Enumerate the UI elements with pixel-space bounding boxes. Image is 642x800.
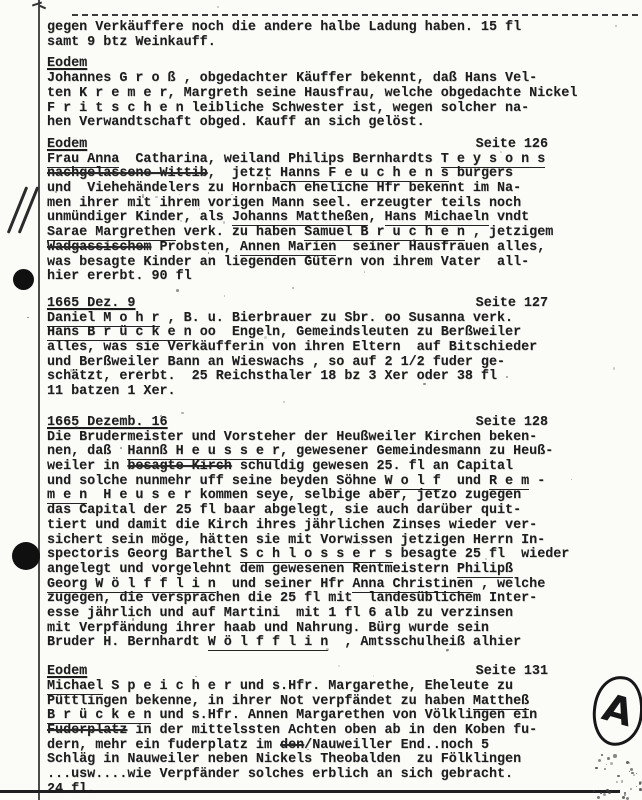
text-line: Daniel M o h r , B. u. Bierbrauer zu Sbr… (47, 312, 632, 327)
plain-text: , jetzt (208, 166, 280, 181)
text-line: Püttlingen bekenne, in ihrer Not verpfän… (47, 695, 632, 710)
scan-noise-speck (176, 289, 179, 292)
scan-noise-speck (610, 762, 613, 765)
text-line: tiert und damit die Kirch ihres jährlich… (47, 519, 632, 534)
entry-section: 1665 Dez. 9Seite 127Daniel M o h r , B. … (47, 297, 632, 400)
text-line: schätzt, ererbt. 25 Reichsthaler 18 bz 3… (47, 370, 632, 385)
plain-text: vndt (489, 210, 529, 225)
scan-noise-speck (223, 221, 225, 223)
entry-section: EodemSeite 126Frau Anna Catharina, weila… (47, 138, 632, 285)
scan-noise-speck (253, 187, 254, 188)
underlined-name: R e m (489, 474, 529, 490)
plain-text: und seiner Hfr (216, 577, 353, 592)
underlined-name: B r ü c k e n (47, 708, 151, 724)
text-line: spectoris Georg Barthel S c h l o s s e … (47, 548, 632, 563)
plain-text: esse jährlich und auf Martini mit 1 fl 6… (47, 606, 513, 621)
document-page: gegen Verkäuffere noch die andere halbe … (0, 0, 642, 800)
text-line: Schläg in Nauweiler neben Nickels Theoba… (47, 753, 632, 768)
plain-text: tiert und damit die Kirch ihres jährlich… (47, 518, 537, 533)
text-line: weiler in besagte Kirch schuldig gewesen… (47, 460, 632, 475)
text-line: m e n H e u s e r kommen seye, selbige a… (47, 489, 632, 504)
plain-text: alles, was sie Verkäufferin von ihren El… (47, 340, 537, 355)
underlined-name: W ö l f f l i n (208, 635, 329, 651)
underlined-name: Johanns Mattheßen (232, 210, 369, 226)
text-line: alles, was sie Verkäufferin von ihren El… (47, 341, 632, 356)
text-line: 11 batzen 1 Xer. (47, 385, 632, 400)
underlined-name: Hans Michaeln (385, 210, 489, 226)
ink-dot-mark-1 (13, 269, 34, 290)
scan-noise-speck (595, 767, 598, 770)
scan-noise-speck (70, 369, 72, 371)
text-line: F r i t s c h e n leibliche Schwester is… (47, 102, 632, 117)
scan-noise-speck (338, 665, 340, 667)
scan-noise-speck (168, 233, 171, 236)
plain-text: hen Verwandtschaft obged. Kauff an sich … (47, 115, 425, 130)
plain-text: und solche nunmehr uff seine beyden Söhn… (47, 474, 385, 489)
scan-noise-speck (441, 200, 443, 202)
plain-text: samt 9 btz Weinkauff. (47, 35, 216, 50)
underlined-name: Hans B r ü c k e n (47, 325, 192, 341)
plain-text: weiler in (47, 459, 127, 474)
underlined-name: Sarae Margrethen (47, 225, 176, 241)
text-line: sichert sein möge, hätten sie mit Vorwis… (47, 534, 632, 549)
underlined-name: T e y s o n s (441, 152, 545, 168)
ink-dot-mark-2 (12, 542, 40, 570)
text-line: mit Verpfändung ihrer haab und Nahrung. … (47, 622, 632, 637)
entry-section: EodemSeite 131Michael S p e i c h e r un… (47, 665, 632, 797)
text-line: Die Brudermeister und Vorsteher der Heuß… (47, 431, 632, 446)
plain-text: , (368, 210, 384, 225)
scan-noise-speck (630, 788, 632, 790)
scan-noise-speck (413, 239, 415, 241)
scan-noise-speck (613, 754, 616, 757)
plain-text: - (529, 474, 545, 489)
plain-text: angelegt und vorgelehnt dem gewesenen Re… (47, 562, 457, 577)
text-line: zugegen, die versprachen die 25 fl mit l… (47, 592, 632, 607)
text-line: Fuderplatz in der mittelssten Achten obe… (47, 724, 632, 739)
scan-noise-speck (27, 317, 29, 319)
text-line: hier ererbt. 90 fl (47, 270, 632, 285)
underlined-name: Daniel M o h r (47, 311, 160, 327)
plain-text: was besagte Kinder an liegenden Gütern v… (47, 255, 529, 270)
scan-noise-speck (170, 213, 172, 215)
plain-text: burgers (449, 166, 513, 181)
plain-text: spectoris Georg Barthel (47, 547, 240, 562)
text-line: B r ü c k e n und s.Hfr. Annen Margareth… (47, 709, 632, 724)
annotation-letter: A (599, 688, 638, 733)
plain-text: und s.Hfr. Annen Margarethen von Völklin… (151, 708, 537, 723)
plain-text: , Amtsschulheiß alhier (328, 635, 521, 650)
plain-text: besagte 25 fl wieder (393, 547, 570, 562)
scan-noise-speck (630, 768, 633, 771)
corner-scribble-mark (30, 2, 46, 12)
scan-noise-speck (258, 338, 259, 339)
text-line: das Capital der 25 fl baar abgelegt, sie… (47, 504, 632, 519)
plain-text: S p e i c h e r und s.Hfr. Margarethe, E… (103, 679, 513, 694)
underlined-name: m e n (47, 488, 87, 504)
text-line: Michael S p e i c h e r und s.Hfr. Marga… (47, 680, 632, 695)
struck-text: besagte Kirch (127, 459, 231, 474)
entry-date: 1665 Dezemb. 16 (47, 416, 168, 431)
underlined-name: Samuel B r u c h e n (304, 225, 465, 241)
document-body: gegen Verkäuffere noch die andere halbe … (47, 21, 632, 797)
text-line: Frau Anna Catharina, weiland Philips Ber… (47, 153, 632, 168)
scan-noise-speck (217, 6, 219, 8)
plain-text: seiner Hausfrauen alles, (336, 240, 545, 255)
scan-noise-speck (571, 479, 572, 480)
text-line: nen, daß Hannß H e u s s e r, gewesener … (47, 445, 632, 460)
scan-noise-speck (601, 754, 603, 756)
scan-noise-speck (603, 793, 606, 796)
plain-text: mit Verpfändung ihrer haab und Nahrung. … (47, 621, 489, 636)
text-line: und solche nunmehr uff seine beyden Söhn… (47, 475, 632, 490)
underlined-name: Hanns F e u c h e n s (280, 166, 449, 182)
plain-text: , welche (473, 577, 545, 592)
scan-noise-speck (606, 764, 607, 765)
text-line: ...usw....wie Verpfänder solches erblich… (47, 768, 632, 783)
text-line: Wadgassischem Probsten, Annen Marien sei… (47, 241, 632, 256)
text-line: angelegt und vorgelehnt dem gewesenen Re… (47, 563, 632, 578)
underlined-name: Hannß H e u s s e r (127, 444, 280, 460)
entry-date: Eodem (47, 138, 87, 153)
underlined-name: Michael (47, 679, 103, 695)
underlined-name: Frau Anna (47, 152, 119, 168)
underlined-name: S c h l o s s e r s (240, 547, 393, 563)
scan-noise-speck (155, 196, 158, 199)
underlined-name: W o l f (385, 474, 441, 490)
plain-text: oo Engeln, Gemeindsleuten zu Berßweiler (192, 325, 521, 340)
text-line: samt 9 btz Weinkauff. (47, 36, 632, 51)
underlined-name: Philipß (457, 562, 513, 578)
text-line: Johannes G r o ß , obgedachter Käuffer b… (47, 72, 632, 87)
struck-text: Wadgassischem (47, 240, 151, 255)
plain-text: gegen Verkäuffere noch die andere halbe … (47, 20, 521, 35)
plain-text: das Capital der 25 fl baar abgelegt, sie… (47, 503, 521, 518)
text-line: was besagte Kinder an liegenden Gütern v… (47, 256, 632, 271)
scan-noise-speck (633, 774, 635, 776)
scan-noise-speck (55, 191, 57, 193)
text-line: und Viehehändelers zu Hornbach eheliche … (47, 182, 632, 197)
plain-text: und Viehehändelers zu Hornbach eheliche … (47, 181, 521, 196)
double-slash-mark (8, 185, 42, 237)
scan-noise-speck (639, 781, 642, 784)
plain-text: ...usw....wie Verpfänder solches erblich… (47, 767, 513, 782)
text-line: ten K r e m e r, Margreth seine Hausfrau… (47, 87, 632, 102)
plain-text: dern, mehr ein fuderplatz im (47, 738, 280, 753)
plain-text: , jetzigem (465, 225, 553, 240)
text-line: 24 fl. (47, 783, 632, 798)
entry-date: Eodem (47, 665, 87, 680)
text-line: men ihrer mit ihrem vorigen Mann seel. e… (47, 197, 632, 212)
plain-text: H e u s e r kommen seye, selbige aber, j… (87, 488, 521, 503)
plain-text: zugegen, die versprachen die 25 fl mit l… (47, 591, 537, 606)
entry-section: EodemJohannes G r o ß , obgedachter Käuf… (47, 57, 632, 131)
plain-text: schätzt, ererbt. 25 Reichsthaler 18 bz 3… (47, 369, 497, 384)
scan-noise-speck (231, 194, 232, 195)
text-line: esse jährlich und auf Martini mit 1 fl 6… (47, 607, 632, 622)
plain-text: hier ererbt. 90 fl (47, 269, 192, 284)
plain-text: und (441, 474, 489, 489)
text-line: gegen Verkäuffere noch die andere halbe … (47, 21, 632, 36)
scan-noise-speck (597, 796, 600, 799)
plain-text: , gewesener Gemeindesmann zu Heuß- (280, 444, 553, 459)
scan-noise-speck (446, 649, 449, 652)
scan-noise-speck (615, 25, 617, 27)
scan-noise-speck (604, 768, 606, 770)
text-line: nachgelassene Wittib, jetzt Hanns F e u … (47, 167, 632, 182)
scan-noise-speck (371, 72, 373, 74)
plain-text: in der mittelssten Achten oben ab in den… (127, 723, 537, 738)
plain-text: Johannes G r o ß , obgedachter Käuffer b… (47, 71, 537, 86)
page-ref: Seite 127 (476, 297, 548, 312)
plain-text: F r i t s c h e n leibliche Schwester is… (47, 101, 529, 116)
scan-noise-speck (208, 252, 209, 253)
entry-section: 1665 Dezemb. 16Seite 128Die Brudermeiste… (47, 416, 632, 651)
scan-noise-speck (608, 791, 611, 794)
left-margin-line (38, 0, 40, 800)
plain-text: men ihrer mit ihrem vorigen Mann seel. e… (47, 196, 521, 211)
scan-noise-speck (179, 194, 180, 195)
entry-date: Eodem (47, 57, 87, 72)
scan-noise-speck (639, 788, 642, 791)
underlined-name: Anna Christinen (352, 577, 473, 593)
text-line: Hans B r ü c k e n oo Engeln, Gemeindsle… (47, 326, 632, 341)
plain-text: nen, daß (47, 444, 127, 459)
scan-noise-speck (264, 336, 267, 339)
scan-noise-speck (181, 412, 183, 414)
plain-text: und Berßweiler Bann an Wieswachs , so au… (47, 355, 505, 370)
scan-noise-speck (426, 347, 428, 349)
entry-section: gegen Verkäuffere noch die andere halbe … (47, 21, 632, 50)
scan-noise-speck (159, 104, 161, 106)
scan-noise-speck (636, 773, 637, 774)
scan-noise-speck (60, 696, 62, 698)
text-line: hen Verwandtschaft obged. Kauff an sich … (47, 116, 632, 131)
plain-text: Schläg in Nauweiler neben Nickels Theoba… (47, 752, 521, 767)
scan-noise-speck (636, 786, 637, 787)
plain-text: Probsten, (151, 240, 239, 255)
page-ref: Seite 131 (476, 665, 548, 680)
text-line: unmündiger Kinder, als Johanns Mattheßen… (47, 211, 632, 226)
struck-text: Fuderplatz (47, 723, 127, 738)
scan-noise-speck (607, 757, 610, 760)
plain-text: Catharina, weiland Philips Bernhardts (119, 152, 440, 167)
underlined-name: Annen Marien (240, 240, 336, 256)
entry-date: 1665 Dez. 9 (47, 297, 135, 312)
plain-text: Bruder H. Bernhardt (47, 635, 208, 650)
plain-text: 11 batzen 1 Xer. (47, 384, 176, 399)
plain-text: unmündiger Kinder, als (47, 210, 232, 225)
underlined-name: Mattheß (473, 694, 529, 710)
plain-text: 24 fl. (47, 782, 95, 797)
scan-noise-speck (621, 780, 623, 782)
scan-noise-speck (195, 676, 196, 677)
text-line: dern, mehr ein fuderplatz im den/Nauweil… (47, 739, 632, 754)
scan-noise-speck (142, 196, 144, 198)
top-dashed-line (72, 14, 638, 16)
plain-text: , B. u. Bierbrauer zu Sbr. oo Susanna ve… (160, 311, 514, 326)
scan-noise-speck (142, 194, 144, 196)
struck-text: nachgelassene Wittib (47, 166, 208, 181)
plain-text: schuldig gewesen 25. fl an Capital (232, 459, 513, 474)
text-line: Georg W ö l f f l i n und seiner Hfr Ann… (47, 578, 632, 593)
text-line: Sarae Margrethen verk. zu haben Samuel B… (47, 226, 632, 241)
scan-noise-speck (138, 370, 141, 373)
plain-text: Die Brudermeister und Vorsteher der Heuß… (47, 430, 537, 445)
plain-text: /Nauweiller End..noch 5 (304, 738, 489, 753)
page-ref: Seite 126 (476, 138, 548, 153)
page-ref: Seite 128 (476, 416, 548, 431)
plain-text: sichert sein möge, hätten sie mit Vorwis… (47, 533, 545, 548)
text-line: und Berßweiler Bann an Wieswachs , so au… (47, 356, 632, 371)
scan-noise-speck (622, 796, 625, 799)
underlined-name: Georg W ö l f f l i n (47, 577, 216, 593)
plain-text: ten K r e m e r, Margreth seine Hausfrau… (47, 86, 577, 101)
scan-noise-speck (629, 762, 630, 763)
text-line: Bruder H. Bernhardt W ö l f f l i n , Am… (47, 636, 632, 651)
plain-text: Püttlingen bekenne, in ihrer Not verpfän… (47, 694, 473, 709)
plain-text: verk. zu haben (176, 225, 305, 240)
struck-text: den (280, 738, 304, 753)
scan-noise-speck (266, 177, 268, 179)
